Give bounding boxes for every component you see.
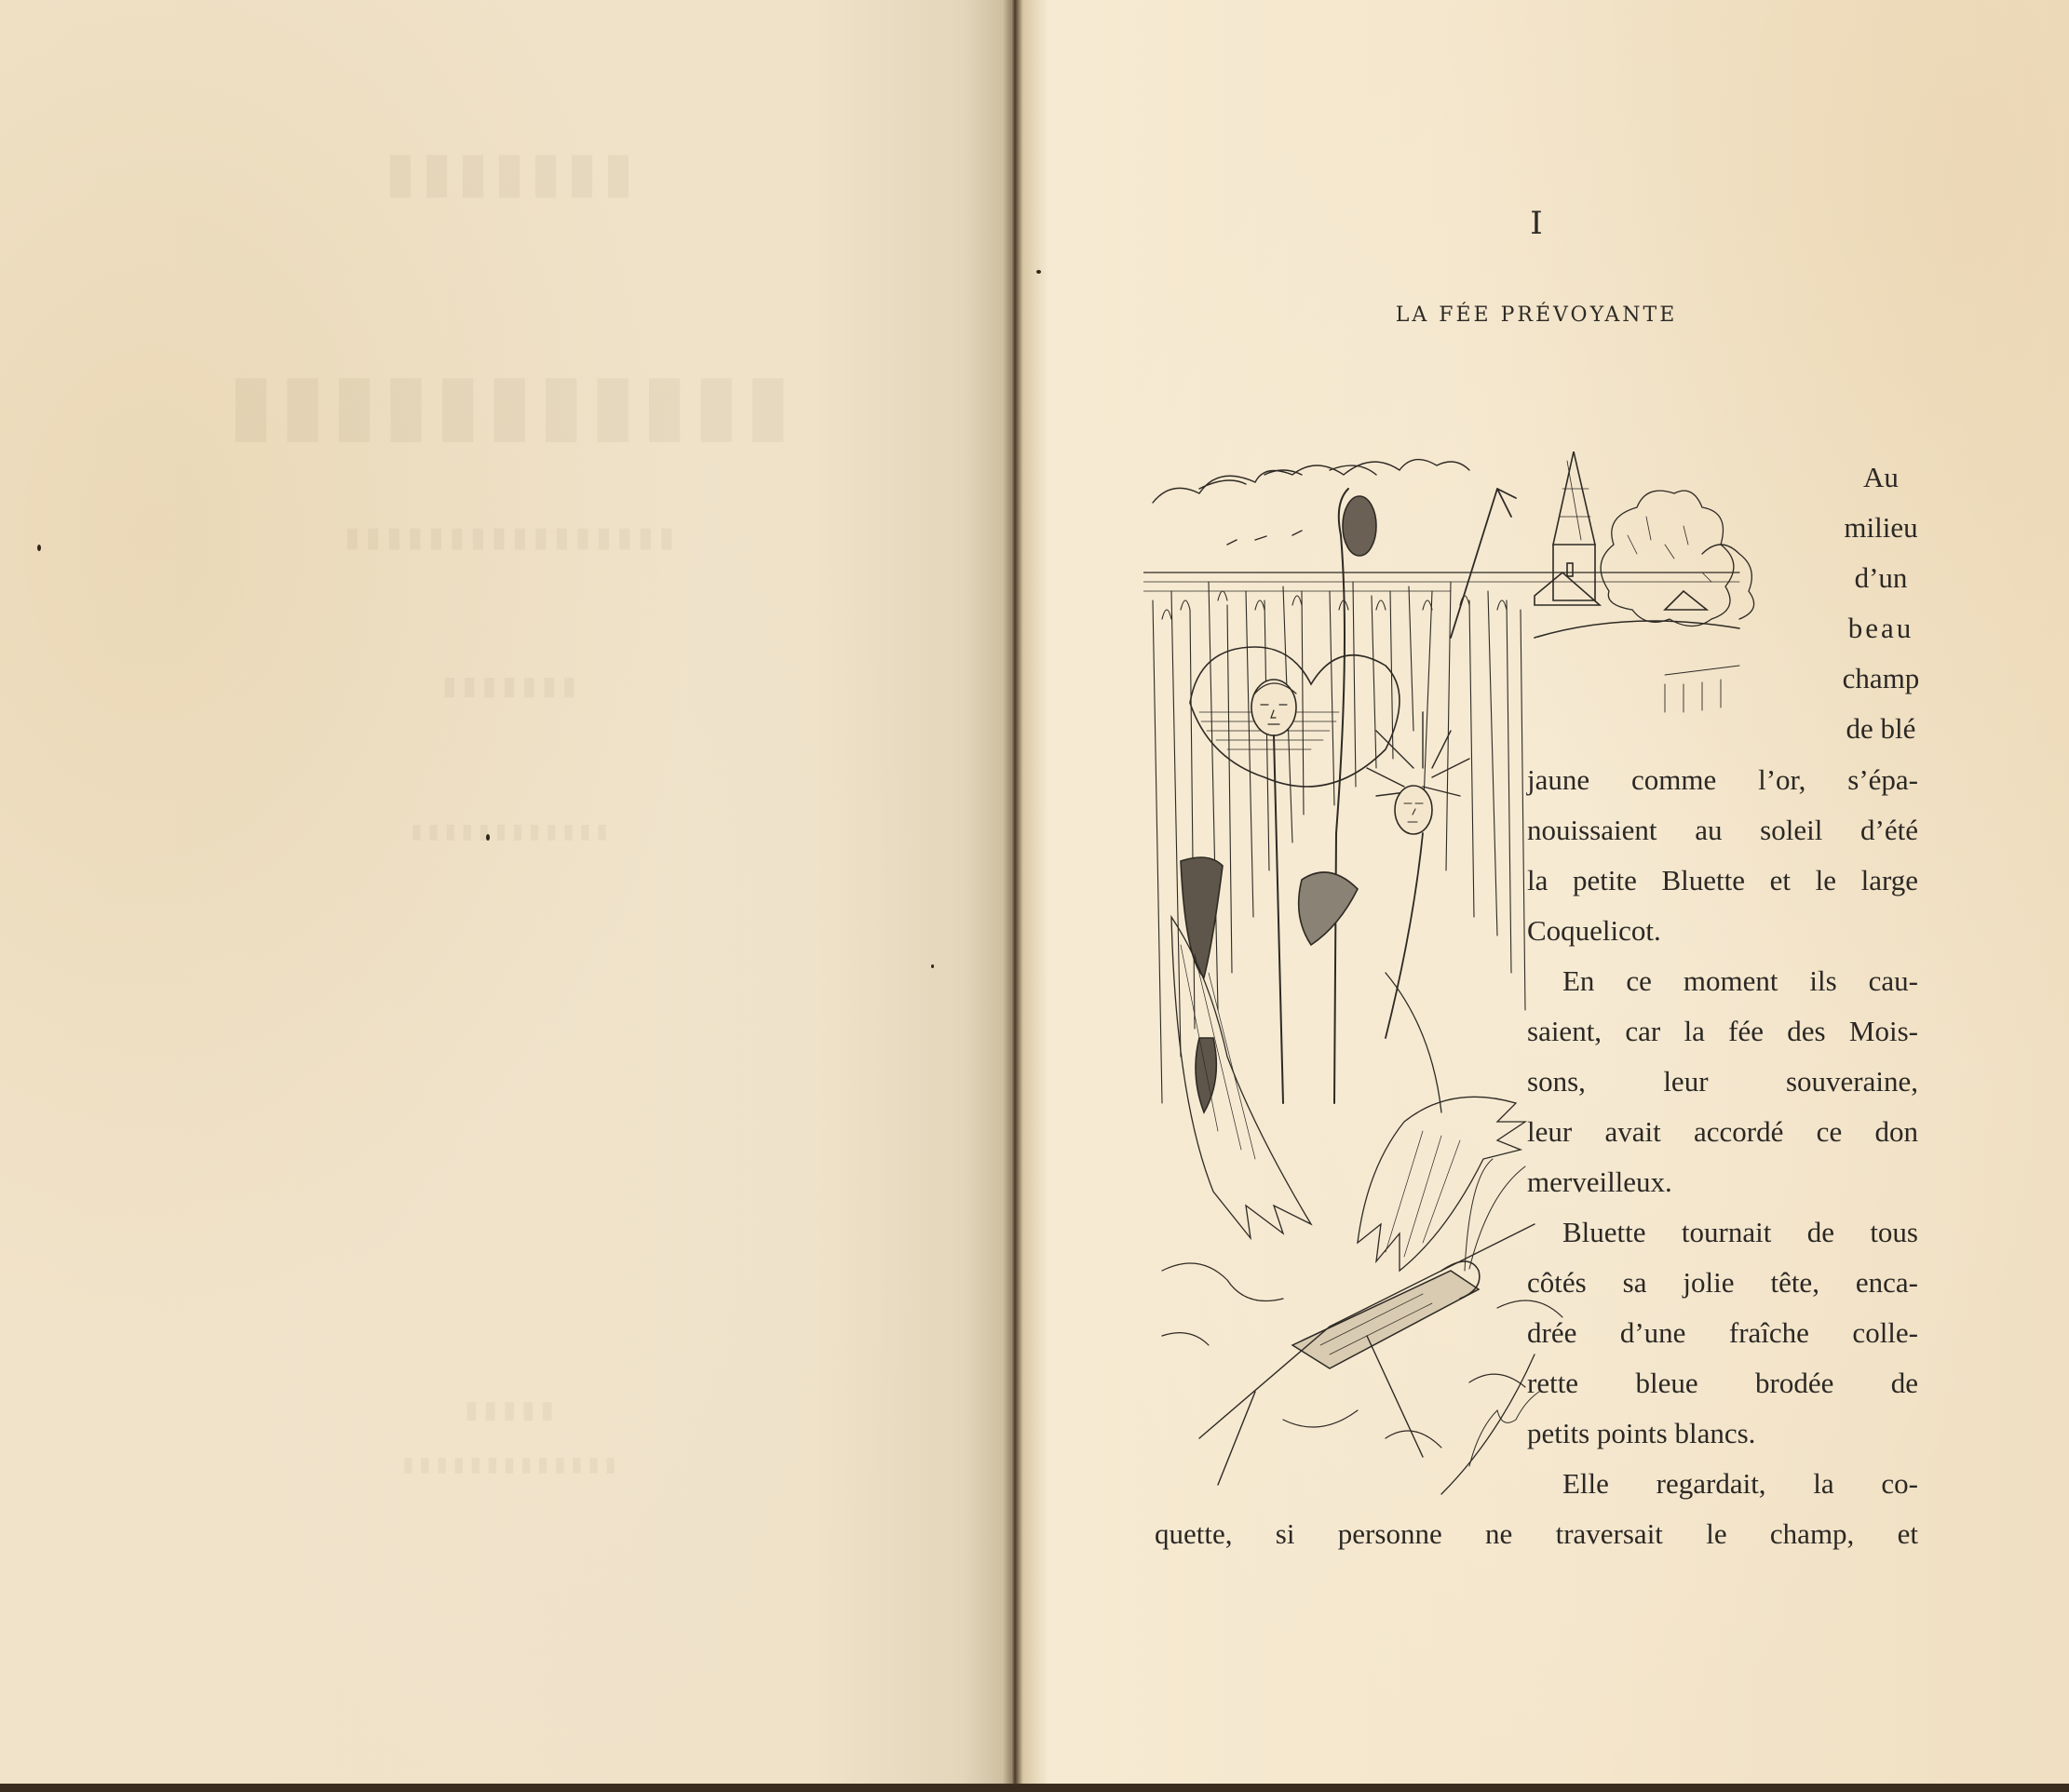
show-through-text: ▮▮▮▮▮▮▮ bbox=[93, 140, 931, 205]
paper-speck bbox=[931, 964, 934, 968]
paragraph-start: Bluette tournait de tous bbox=[1562, 1216, 1918, 1249]
paper-speck bbox=[486, 834, 490, 841]
show-through-text: ▮▮▮▮▮▮▮▮▮▮▮ bbox=[93, 354, 931, 452]
poppy-buds-illustration bbox=[1181, 857, 1358, 1112]
clouds-illustration bbox=[1153, 460, 1469, 545]
left-page: ▮▮▮▮▮▮▮ ▮▮▮▮▮▮▮▮▮▮▮ ▮▮▮▮▮▮▮▮▮▮▮▮▮▮▮▮ ▮▮▮… bbox=[0, 0, 1013, 1784]
cornflower-fairy-illustration bbox=[1367, 712, 1469, 1038]
show-through-text: ▮▮▮▮▮ bbox=[93, 1396, 931, 1424]
thistle-leaves-illustration bbox=[1171, 917, 1525, 1271]
text-line: petits points blancs. bbox=[1527, 1417, 1918, 1450]
text-line: de blé bbox=[1769, 712, 1993, 746]
paper-speck bbox=[37, 545, 41, 551]
paragraph-start: Elle regardait, la co- bbox=[1562, 1467, 1918, 1501]
show-through-text: ▮▮▮▮▮▮▮ bbox=[93, 670, 931, 701]
poppy-bud-illustration bbox=[1334, 489, 1376, 1103]
text-line: Coquelicot. bbox=[1527, 914, 1918, 948]
chapter-number: I bbox=[1508, 205, 1564, 242]
text-line: champ bbox=[1769, 662, 1993, 695]
book-bottom-edge bbox=[0, 1784, 2069, 1792]
text-line: jaune comme l’or, s’épa- bbox=[1527, 763, 1918, 797]
book-spread: ▮▮▮▮▮▮▮ ▮▮▮▮▮▮▮▮▮▮▮ ▮▮▮▮▮▮▮▮▮▮▮▮▮▮▮▮ ▮▮▮… bbox=[0, 0, 2069, 1784]
text-line: milieu bbox=[1769, 511, 1993, 545]
text-line: nouissaient au soleil d’été bbox=[1527, 814, 1918, 847]
text-line: merveilleux. bbox=[1527, 1165, 1918, 1199]
text-line: quette, si personne ne traversait le cha… bbox=[1155, 1517, 1918, 1551]
text-line: la petite Bluette et le large bbox=[1527, 864, 1918, 897]
show-through-text: ▮▮▮▮▮▮▮▮▮▮▮▮▮▮▮▮ bbox=[93, 521, 931, 554]
text-line: côtés sa jolie tête, enca- bbox=[1527, 1266, 1918, 1300]
paragraph-start: En ce moment ils cau- bbox=[1562, 964, 1918, 998]
text-line: beau bbox=[1769, 612, 1993, 645]
trees-illustration bbox=[1601, 491, 1754, 626]
wheat-stalks-illustration bbox=[1153, 582, 1525, 1103]
chapter-title: LA FÉE PRÉVOYANTE bbox=[1304, 303, 1769, 327]
show-through-text: ▮▮▮▮▮▮▮▮▮▮▮▮ bbox=[93, 819, 931, 843]
text-line: sons, leur souveraine, bbox=[1527, 1065, 1918, 1098]
church-steeple-illustration bbox=[1553, 451, 1595, 600]
show-through-text: ▮▮▮▮▮▮▮▮▮▮▮▮▮ bbox=[93, 1452, 931, 1476]
text-line: drée d’une fraîche colle- bbox=[1527, 1316, 1918, 1350]
text-line: leur avait accordé ce don bbox=[1527, 1115, 1918, 1149]
paper-speck bbox=[1036, 270, 1041, 274]
text-line: Au bbox=[1769, 461, 1993, 494]
text-line: d’un bbox=[1769, 561, 1993, 595]
text-line: rette bleue brodée de bbox=[1527, 1367, 1918, 1400]
text-line: saient, car la fée des Mois- bbox=[1527, 1015, 1918, 1048]
